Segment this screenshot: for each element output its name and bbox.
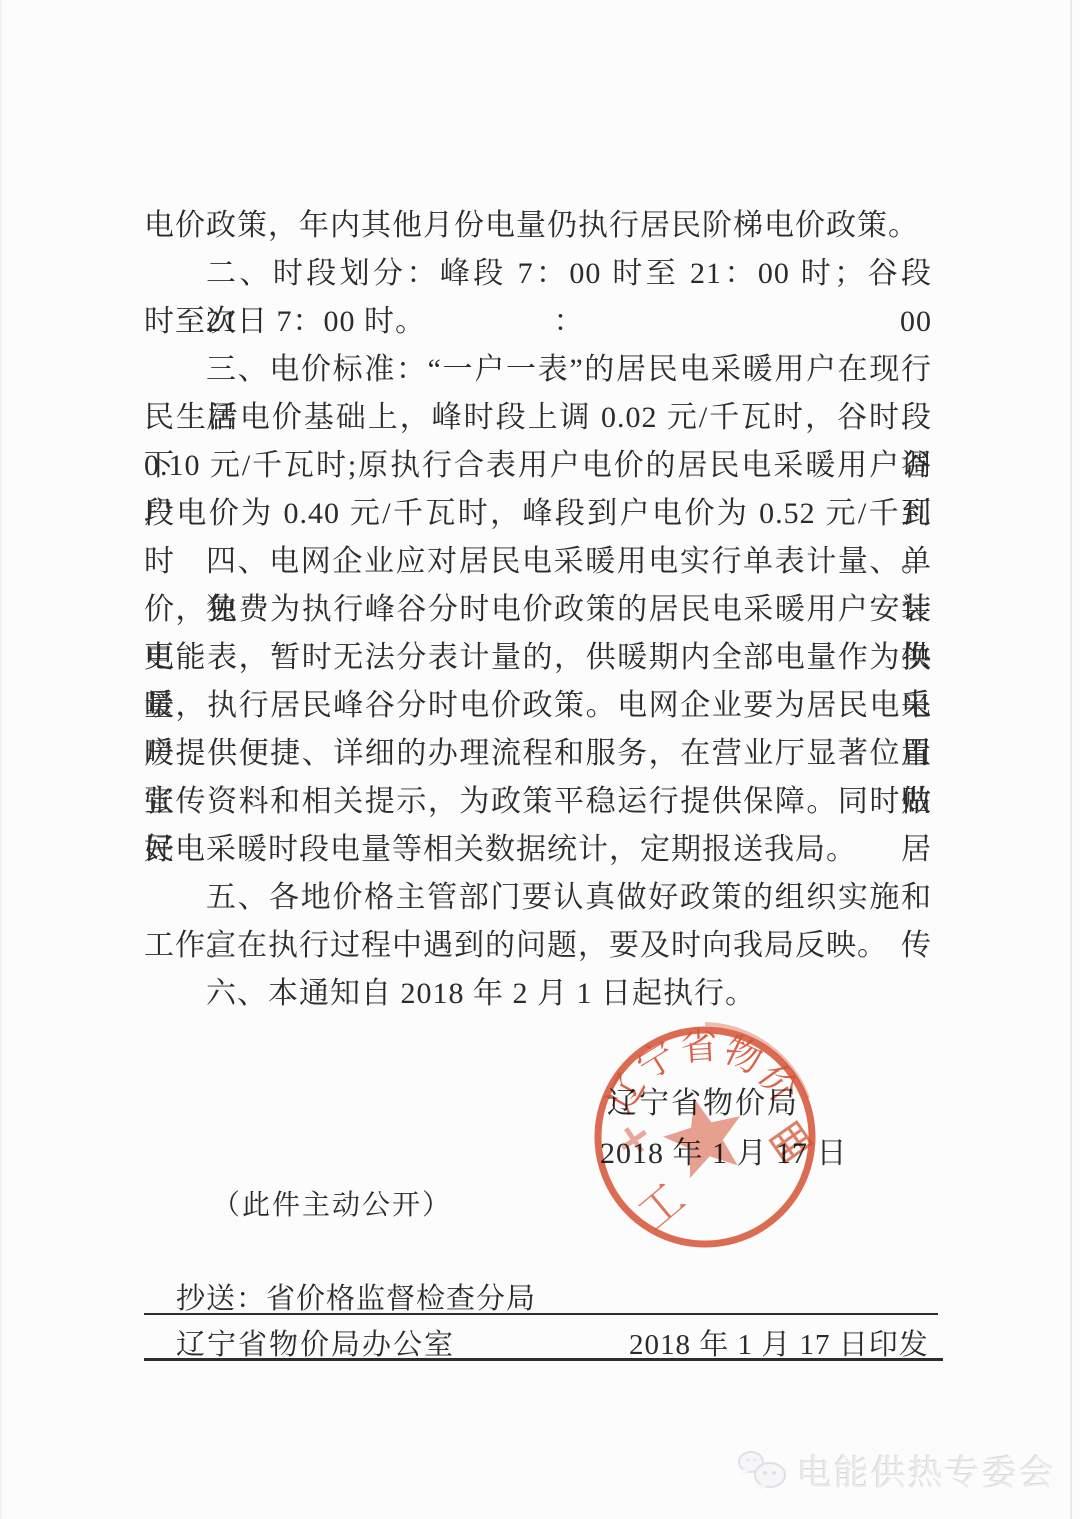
body-line: 电价政策，年内其他月份电量仍执行居民阶梯电价政策。 <box>144 202 932 250</box>
signature-date: 2018 年 1 月 17 日 <box>600 1128 848 1172</box>
body-line: 二、时段划分：峰段 7：00 时至 21：00 时；谷段 21：00 <box>144 250 932 298</box>
body-line: 四、电网企业应对居民电采暖用电实行单表计量、单独计 <box>144 538 932 586</box>
footer-rule-bottom <box>144 1358 943 1361</box>
seal-smudge-char: 工 <box>629 1174 694 1240</box>
cc-line: 抄送：省价格监督检查分局 <box>176 1276 536 1317</box>
watermark-text: 电能供热专委会 <box>797 1446 1056 1496</box>
body-line: 0.10 元/千瓦时;原执行合表用户电价的居民电采暖用户谷段到 <box>144 442 932 490</box>
body-line: 价，免费为执行峰谷分时电价政策的居民电采暖用户安装更换 <box>144 586 932 634</box>
watermark: 电能供热专委会 <box>737 1446 1056 1496</box>
page-edge-right <box>1070 0 1072 1519</box>
signature-org: 辽宁省物价局 <box>607 1078 799 1122</box>
body-line: 户提供便捷、详细的办理流程和服务，在营业厅显著位置张贴 <box>144 730 932 778</box>
body-line: 量，执行居民峰谷分时电价政策。电网企业要为居民电采暖用 <box>144 682 932 730</box>
footer-rule-top <box>144 1313 938 1315</box>
wechat-bubbles-icon <box>737 1449 789 1493</box>
body-line: 五、各地价格主管部门要认真做好政策的组织实施和宣传 <box>144 874 932 922</box>
print-date: 2018 年 1 月 17 日印发 <box>629 1322 929 1363</box>
page-edge-left <box>0 0 2 1519</box>
body-line: 六、本通知自 2018 年 2 月 1 日起执行。 <box>144 970 932 1018</box>
body-line: 户电价为 0.40 元/千瓦时，峰段到户电价为 0.52 元/千瓦时。 <box>144 490 932 538</box>
body-line: 工作。在执行过程中遇到的问题，要及时向我局反映。 <box>144 922 932 970</box>
body-line: 宣传资料和相关提示，为政策平稳运行提供保障。同时做好居 <box>144 778 932 826</box>
body-line: 民生活电价基础上，峰时段上调 0.02 元/千瓦时，谷时段下调 <box>144 394 932 442</box>
document-body: 电价政策，年内其他月份电量仍执行居民阶梯电价政策。二、时段划分：峰段 7：00 … <box>144 202 932 1018</box>
body-line: 三、电价标准：“一户一表”的居民电采暖用户在现行居 <box>144 346 932 394</box>
body-line: 民电采暖时段电量等相关数据统计，定期报送我局。 <box>144 826 932 874</box>
document-page: 电价政策，年内其他月份电量仍执行居民阶梯电价政策。二、时段划分：峰段 7：00 … <box>0 0 1080 1519</box>
issuing-office: 辽宁省物价局办公室 <box>176 1322 455 1363</box>
disclosure-note: （此件主动公开） <box>212 1183 452 1223</box>
body-line: 电能表，暂时无法分表计量的，供暖期内全部电量作为供暖电 <box>144 634 932 682</box>
